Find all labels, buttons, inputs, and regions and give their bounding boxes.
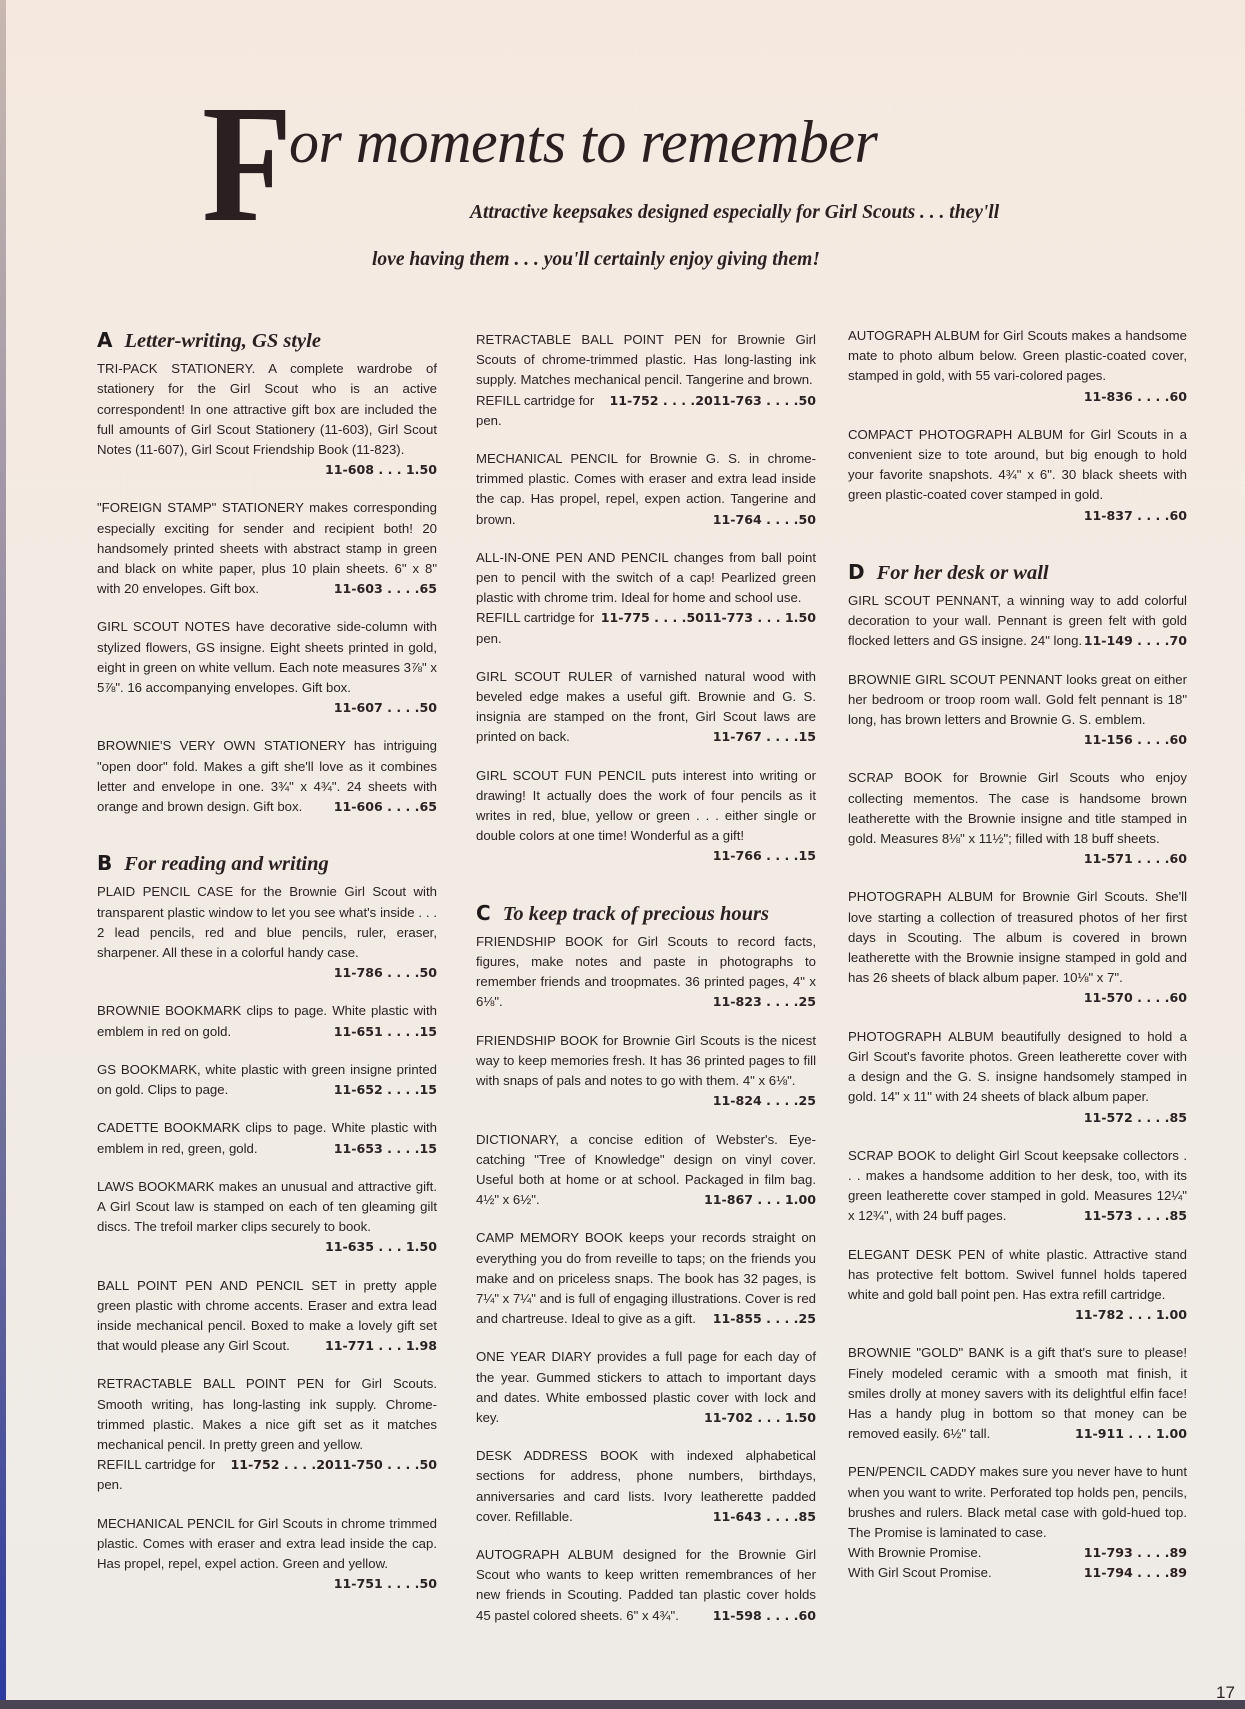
product-description: RETRACTABLE BALL POINT PEN for Brownie G…	[476, 332, 816, 387]
product-item: AUTOGRAPH ALBUM designed for the Brownie…	[476, 1545, 816, 1626]
product-item: RETRACTABLE BALL POINT PEN for Girl Scou…	[97, 1374, 437, 1495]
product-description: LAWS BOOKMARK makes an unusual and attra…	[97, 1179, 437, 1234]
product-price: 11-573 . . . .85	[1084, 1206, 1187, 1226]
variant-line: With Girl Scout Promise.11-794 . . . .89	[848, 1563, 1187, 1583]
section-a: A Letter-writing, GS style TRI-PACK STAT…	[97, 330, 437, 817]
title-drop-cap: F	[202, 80, 292, 248]
column-middle: RETRACTABLE BALL POINT PEN for Brownie G…	[476, 330, 816, 1644]
product-price: 11-643 . . . .85	[713, 1507, 816, 1527]
product-price: 11-606 . . . .65	[334, 797, 437, 817]
product-item: SCRAP BOOK for Brownie Girl Scouts who e…	[848, 768, 1187, 869]
product-item: GIRL SCOUT FUN PENCIL puts interest into…	[476, 766, 816, 867]
product-item: ONE YEAR DIARY provides a full page for …	[476, 1347, 816, 1428]
variant-price: 11-793 . . . .89	[1084, 1543, 1187, 1563]
refill-price: 11-752 . . . .20	[610, 391, 713, 431]
product-item: DESK ADDRESS BOOK with indexed alphabeti…	[476, 1446, 816, 1527]
product-price: 11-635 . . . 1.50	[325, 1237, 437, 1257]
product-price: 11-603 . . . .65	[334, 579, 437, 599]
section-letter: D	[848, 562, 865, 582]
product-item: GIRL SCOUT PENNANT, a winning way to add…	[848, 591, 1187, 652]
refill-line: REFILL cartridge for pen.11-752 . . . .2…	[476, 391, 713, 431]
section-c: C To keep track of precious hours FRIEND…	[476, 903, 816, 1626]
product-description: PHOTOGRAPH ALBUM beautifully designed to…	[848, 1029, 1187, 1105]
refill-price: 11-752 . . . .20	[231, 1455, 334, 1495]
section-b: B For reading and writing PLAID PENCIL C…	[97, 853, 437, 1594]
product-item: TRI-PACK STATIONERY. A complete wardrobe…	[97, 359, 437, 480]
product-price: 11-823 . . . .25	[713, 992, 816, 1012]
product-item: AUTOGRAPH ALBUM for Girl Scouts makes a …	[848, 326, 1187, 407]
product-item: FRIENDSHIP BOOK for Girl Scouts to recor…	[476, 932, 816, 1013]
product-item: GIRL SCOUT RULER of varnished natural wo…	[476, 667, 816, 748]
product-price: 11-824 . . . .25	[713, 1091, 816, 1111]
variant-label: With Girl Scout Promise.	[848, 1563, 992, 1583]
product-price: 11-867 . . . 1.00	[704, 1190, 816, 1210]
section-letter: C	[476, 903, 491, 923]
section-header: A Letter-writing, GS style	[97, 330, 437, 351]
product-price: 11-766 . . . .15	[713, 846, 816, 866]
product-price: 11-782 . . . 1.00	[1075, 1305, 1187, 1325]
product-item: BROWNIE'S VERY OWN STATIONERY has intrig…	[97, 736, 437, 817]
product-price: 11-608 . . . 1.50	[325, 460, 437, 480]
column-right: AUTOGRAPH ALBUM for Girl Scouts makes a …	[848, 326, 1187, 1602]
product-description: PHOTOGRAPH ALBUM for Brownie Girl Scouts…	[848, 889, 1187, 985]
page-title: or moments to remember	[289, 108, 877, 177]
product-price: 11-855 . . . .25	[713, 1309, 816, 1329]
product-price: 11-572 . . . .85	[1084, 1108, 1187, 1128]
product-item: CAMP MEMORY BOOK keeps your records stra…	[476, 1228, 816, 1329]
product-price: 11-651 . . . .15	[334, 1022, 437, 1042]
product-description: PEN/PENCIL CADDY makes sure you never ha…	[848, 1464, 1187, 1540]
product-description: AUTOGRAPH ALBUM for Girl Scouts makes a …	[848, 328, 1187, 383]
product-price: 11-156 . . . .60	[1084, 730, 1187, 750]
product-price: 11-702 . . . 1.50	[704, 1408, 816, 1428]
product-description: RETRACTABLE BALL POINT PEN for Girl Scou…	[97, 1376, 437, 1452]
product-description: COMPACT PHOTOGRAPH ALBUM for Girl Scouts…	[848, 427, 1187, 503]
product-description: ALL-IN-ONE PEN AND PENCIL changes from b…	[476, 550, 816, 605]
product-description: ELEGANT DESK PEN of white plastic. Attra…	[848, 1247, 1187, 1302]
product-item: ALL-IN-ONE PEN AND PENCIL changes from b…	[476, 548, 816, 649]
product-item: CADETTE BOOKMARK clips to page. White pl…	[97, 1118, 437, 1158]
product-price: 11-598 . . . .60	[713, 1606, 816, 1626]
product-price: 11-607 . . . .50	[334, 698, 437, 718]
product-item: PHOTOGRAPH ALBUM beautifully designed to…	[848, 1027, 1187, 1128]
page-bottom-edge	[0, 1700, 1245, 1709]
product-description: MECHANICAL PENCIL for Girl Scouts in chr…	[97, 1516, 437, 1571]
refill-line: REFILL cartridge for pen.11-775 . . . .5…	[476, 608, 704, 648]
section-d: D For her desk or wall GIRL SCOUT PENNAN…	[848, 562, 1187, 1584]
product-price: 11-750 . . . .50	[334, 1455, 437, 1475]
section-letter: A	[97, 330, 112, 350]
refill-label: REFILL cartridge for pen.	[476, 608, 601, 648]
product-price: 11-751 . . . .50	[334, 1574, 437, 1594]
product-price: 11-571 . . . .60	[1084, 849, 1187, 869]
product-price: 11-786 . . . .50	[334, 963, 437, 983]
product-item: PEN/PENCIL CADDY makes sure you never ha…	[848, 1462, 1187, 1583]
product-description: PLAID PENCIL CASE for the Brownie Girl S…	[97, 884, 437, 960]
product-price: 11-773 . . . 1.50	[704, 608, 816, 628]
product-price: 11-771 . . . 1.98	[325, 1336, 437, 1356]
refill-price: 11-775 . . . .50	[601, 608, 704, 648]
product-description: GIRL SCOUT FUN PENCIL puts interest into…	[476, 768, 816, 844]
refill-label: REFILL cartridge for pen.	[97, 1455, 231, 1495]
product-description: TRI-PACK STATIONERY. A complete wardrobe…	[97, 361, 437, 457]
section-header: B For reading and writing	[97, 853, 437, 874]
product-item: SCRAP BOOK to delight Girl Scout keepsak…	[848, 1146, 1187, 1227]
product-item: MECHANICAL PENCIL for Brownie G. S. in c…	[476, 449, 816, 530]
subtitle-line-1: Attractive keepsakes designed especially…	[470, 202, 999, 224]
product-price: 11-652 . . . .15	[334, 1080, 437, 1100]
product-description: BROWNIE GIRL SCOUT PENNANT looks great o…	[848, 672, 1187, 727]
product-price: 11-570 . . . .60	[1084, 988, 1187, 1008]
product-item: ELEGANT DESK PEN of white plastic. Attra…	[848, 1245, 1187, 1326]
product-item: PLAID PENCIL CASE for the Brownie Girl S…	[97, 882, 437, 983]
product-price: 11-836 . . . .60	[1084, 387, 1187, 407]
column-left: A Letter-writing, GS style TRI-PACK STAT…	[97, 330, 437, 1612]
product-item: BROWNIE GIRL SCOUT PENNANT looks great o…	[848, 670, 1187, 751]
product-item: BROWNIE BOOKMARK clips to page. White pl…	[97, 1001, 437, 1041]
product-item: GS BOOKMARK, white plastic with green in…	[97, 1060, 437, 1100]
product-price: 11-837 . . . .60	[1084, 506, 1187, 526]
product-description: GIRL SCOUT NOTES have decorative side-co…	[97, 619, 437, 695]
section-header: D For her desk or wall	[848, 562, 1187, 583]
product-item: MECHANICAL PENCIL for Girl Scouts in chr…	[97, 1514, 437, 1595]
product-item: BALL POINT PEN AND PENCIL SET in pretty …	[97, 1276, 437, 1357]
catalog-page: F or moments to remember Attractive keep…	[6, 0, 1245, 1700]
product-item: FRIENDSHIP BOOK for Brownie Girl Scouts …	[476, 1031, 816, 1112]
product-description: FRIENDSHIP BOOK for Brownie Girl Scouts …	[476, 1033, 816, 1088]
product-price: 11-149 . . . .70	[1084, 631, 1187, 651]
product-description: SCRAP BOOK for Brownie Girl Scouts who e…	[848, 770, 1187, 846]
product-item: "FOREIGN STAMP" STATIONERY makes corresp…	[97, 498, 437, 599]
product-item: COMPACT PHOTOGRAPH ALBUM for Girl Scouts…	[848, 425, 1187, 526]
variant-label: With Brownie Promise.	[848, 1543, 981, 1563]
section-title: Letter-writing, GS style	[124, 331, 320, 351]
product-price: 11-911 . . . 1.00	[1075, 1424, 1187, 1444]
refill-line: REFILL cartridge for pen.11-752 . . . .2…	[97, 1455, 334, 1495]
product-item: BROWNIE "GOLD" BANK is a gift that's sur…	[848, 1343, 1187, 1444]
product-item: RETRACTABLE BALL POINT PEN for Brownie G…	[476, 330, 816, 431]
variant-price: 11-794 . . . .89	[1084, 1563, 1187, 1583]
variant-line: With Brownie Promise.11-793 . . . .89	[848, 1543, 1187, 1563]
section-letter: B	[97, 853, 112, 873]
section-title: For her desk or wall	[877, 563, 1049, 583]
product-item: DICTIONARY, a concise edition of Webster…	[476, 1130, 816, 1211]
product-item: LAWS BOOKMARK makes an unusual and attra…	[97, 1177, 437, 1258]
product-price: 11-767 . . . .15	[713, 727, 816, 747]
refill-label: REFILL cartridge for pen.	[476, 391, 610, 431]
product-price: 11-763 . . . .50	[713, 391, 816, 411]
product-item: PHOTOGRAPH ALBUM for Brownie Girl Scouts…	[848, 887, 1187, 1008]
subtitle-line-2: love having them . . . you'll certainly …	[372, 249, 820, 271]
product-price: 11-653 . . . .15	[334, 1139, 437, 1159]
section-title: To keep track of precious hours	[503, 904, 769, 924]
section-title: For reading and writing	[124, 854, 329, 874]
product-item: GIRL SCOUT NOTES have decorative side-co…	[97, 617, 437, 718]
product-price: 11-764 . . . .50	[713, 510, 816, 530]
section-header: C To keep track of precious hours	[476, 903, 816, 924]
